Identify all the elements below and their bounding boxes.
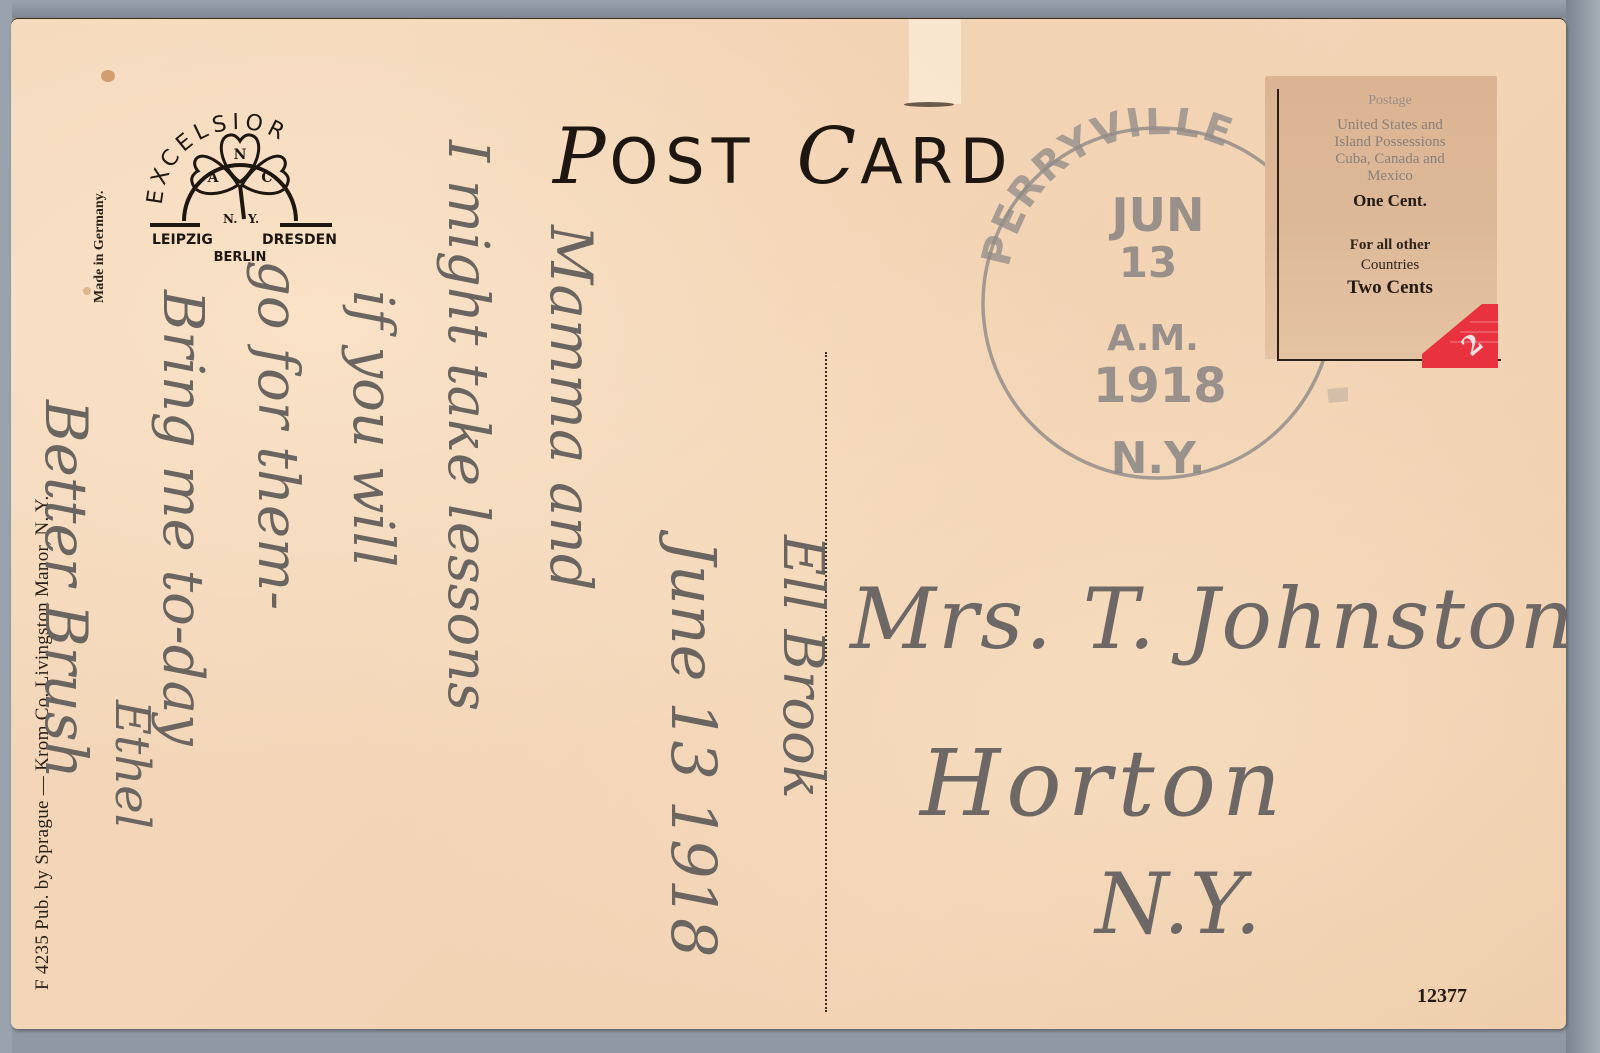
excelsior-logo: EXCELSIOR N A C N. Y. LEIPZIG DRESDEN BE… xyxy=(140,97,340,267)
dateline-place: Ell Brook xyxy=(770,535,835,799)
message-line: Mamma and xyxy=(537,225,605,591)
postmark-state: N.Y. xyxy=(1088,433,1228,484)
postmark-day: 13 xyxy=(1108,238,1188,287)
postage-line: Cuba, Canada and xyxy=(1279,151,1501,168)
dateline-date: June 13 1918 xyxy=(657,540,730,958)
made-in-germany: Made in Germany. xyxy=(92,191,108,303)
postage-line: For all other xyxy=(1279,235,1501,255)
stain-spot xyxy=(101,70,115,82)
stamp-fragment: 2 xyxy=(1420,302,1500,370)
postmark-month: JUN xyxy=(1108,188,1208,242)
svg-text:N.: N. xyxy=(223,212,237,226)
message-line: if you will xyxy=(340,290,405,567)
svg-text:A: A xyxy=(207,170,220,186)
postmark-period: A.M. xyxy=(1103,318,1203,359)
title-rest-post: OST xyxy=(609,125,756,198)
paper-crease-mark xyxy=(904,102,954,107)
paper-crease xyxy=(909,19,961,104)
postage-label: Postage xyxy=(1279,92,1501,109)
postage-line: Countries xyxy=(1279,255,1501,275)
clover-emblem-icon: EXCELSIOR N A C N. Y. LEIPZIG DRESDEN BE… xyxy=(140,97,340,267)
red-stamp-corner-icon: 2 xyxy=(1420,302,1500,370)
svg-text:C: C xyxy=(261,170,272,186)
svg-text:LEIPZIG: LEIPZIG xyxy=(152,232,213,248)
svg-text:DRESDEN: DRESDEN xyxy=(262,232,337,248)
domestic-rate: One Cent. xyxy=(1279,191,1501,211)
message-line: Bring me to-day xyxy=(150,290,215,746)
stain-spot xyxy=(83,287,91,295)
address-recipient: Mrs. T. Johnston xyxy=(850,570,1576,668)
foreign-rate: Two Cents xyxy=(1279,277,1501,299)
address-state: N.Y. xyxy=(1095,855,1261,953)
message-line: I might take lessons xyxy=(435,140,500,711)
message-signature: Ethel xyxy=(104,700,160,829)
message-line: go for them- xyxy=(245,260,310,610)
background-top-edge xyxy=(0,0,1600,18)
postage-line: Mexico xyxy=(1279,168,1501,185)
title-initial-p: P xyxy=(553,112,609,202)
address-town: Horton xyxy=(920,730,1287,837)
postage-line: Island Possessions xyxy=(1279,134,1501,151)
message-line: Better Brush xyxy=(32,400,100,779)
serial-number: 12377 xyxy=(1417,985,1467,1008)
background-right-edge xyxy=(1566,0,1600,1053)
svg-text:N: N xyxy=(234,147,247,163)
title-initial-c: C xyxy=(797,112,861,202)
svg-text:Y.: Y. xyxy=(247,212,259,226)
postmark-year: 1918 xyxy=(1093,358,1223,414)
postage-line: United States and xyxy=(1279,117,1501,134)
